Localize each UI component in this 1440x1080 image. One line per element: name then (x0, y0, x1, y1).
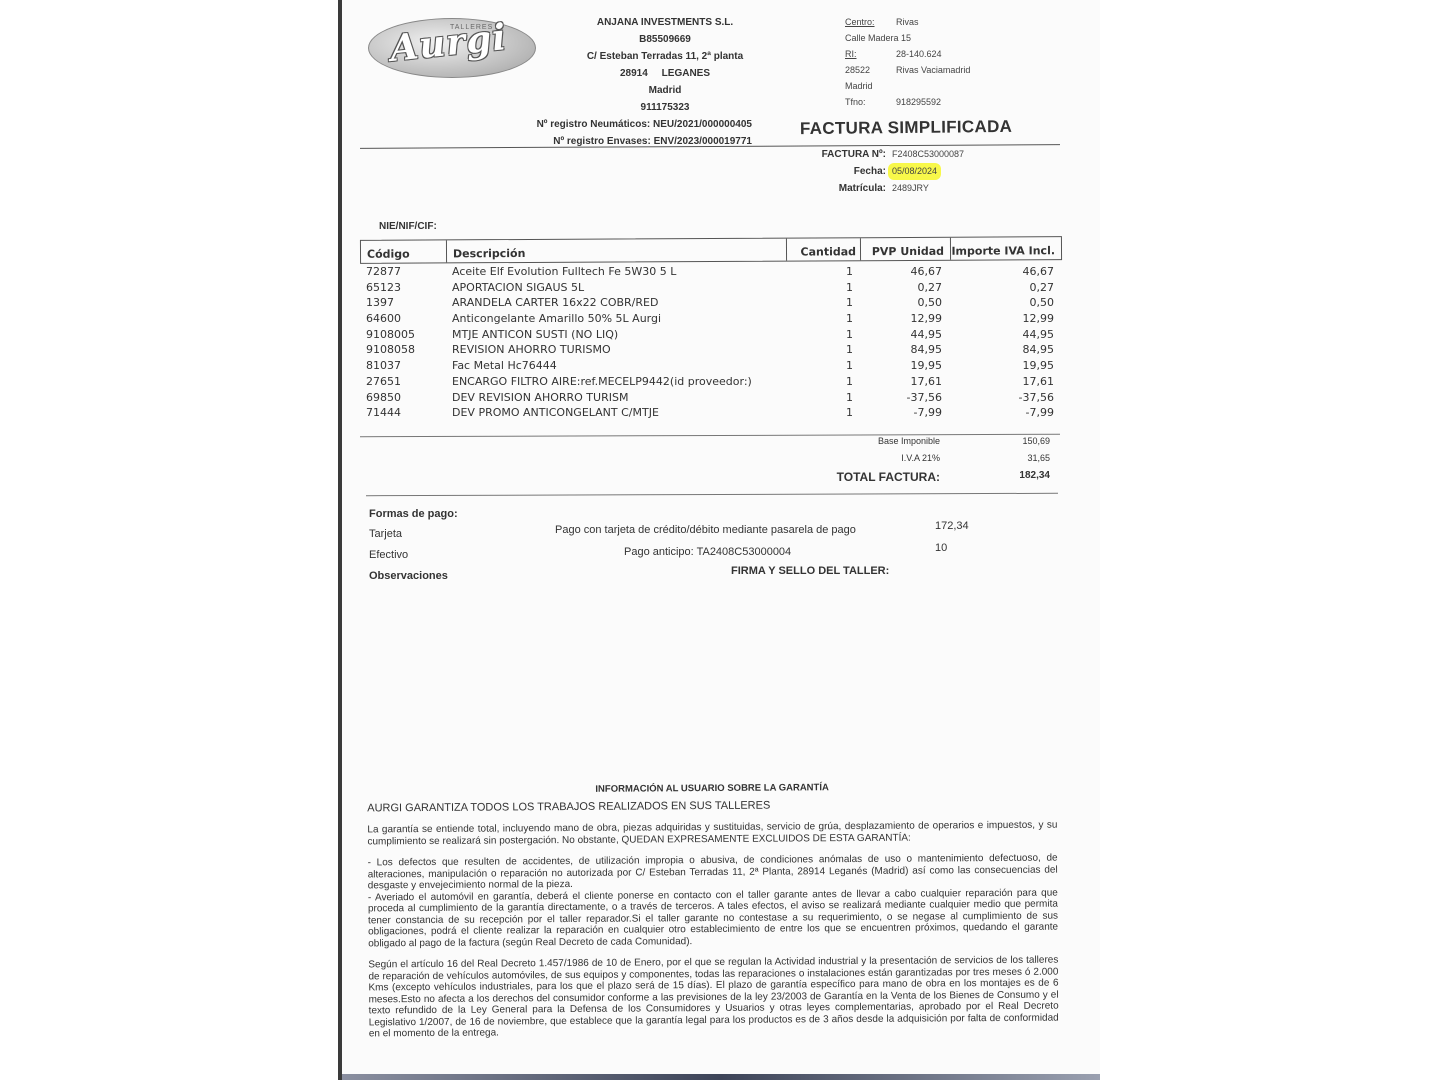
centro-province: Madrid (845, 78, 873, 94)
payment-method-card: Tarjeta (369, 528, 402, 540)
row-description: DEV REVISION AHORRO TURISM (452, 391, 628, 404)
center-info: Centro:Rivas Calle Madera 15 RI:28-140.6… (845, 14, 970, 110)
row-unit-price: 84,95 (862, 343, 942, 356)
row-code: 27651 (366, 375, 401, 388)
total-label: TOTAL FACTURA: (837, 470, 940, 484)
row-quantity: 1 (846, 296, 853, 309)
company-address: C/ Esteban Terradas 11, 2ª planta (520, 48, 810, 65)
row-amount: 19,95 (966, 359, 1054, 372)
payment-heading: Formas de pago: (369, 508, 458, 520)
row-description: APORTACION SIGAUS 5L (452, 281, 584, 294)
row-quantity: 1 (846, 265, 853, 278)
row-unit-price: 46,67 (862, 265, 942, 278)
header-quantity: Cantidad (787, 238, 861, 260)
payment-detail-card: Pago con tarjeta de crédito/débito media… (555, 524, 856, 536)
company-info: ANJANA INVESTMENTS S.L. B85509669 C/ Est… (520, 14, 810, 116)
warranty-subheading: AURGI GARANTIZA TODOS LOS TRABAJOS REALI… (367, 798, 1057, 814)
table-row: 69850DEV REVISION AHORRO TURISM1-37,56-3… (366, 391, 1066, 407)
row-unit-price: 12,99 (862, 312, 942, 325)
centro-value: Rivas (896, 14, 919, 30)
row-unit-price: -7,99 (862, 406, 942, 419)
payment-amount-cash: 10 (935, 542, 947, 554)
row-code: 1397 (366, 296, 394, 309)
row-amount: 0,27 (966, 281, 1054, 294)
table-row: 1397ARANDELA CARTER 16x22 COBR/RED10,500… (366, 296, 1066, 312)
table-row: 9108058REVISION AHORRO TURISMO184,9584,9… (366, 343, 1066, 359)
row-amount: 12,99 (966, 312, 1054, 325)
row-description: ENCARGO FILTRO AIRE:ref.MECELP9442(id pr… (452, 375, 752, 388)
row-code: 81037 (366, 359, 401, 372)
warranty-paragraph-1: La garantía se entiende total, incluyend… (367, 820, 1057, 848)
centro-street: Calle Madera 15 (845, 30, 911, 46)
iva-label: I.V.A 21% (901, 453, 940, 463)
table-row: 27651ENCARGO FILTRO AIRE:ref.MECELP9442(… (366, 375, 1066, 391)
signature-label: FIRMA Y SELLO DEL TALLER: (731, 565, 889, 577)
centro-city: Rivas Vaciamadrid (896, 62, 970, 78)
row-code: 64600 (366, 312, 401, 325)
row-quantity: 1 (846, 281, 853, 294)
row-quantity: 1 (846, 359, 853, 372)
ri-label: RI: (845, 46, 896, 62)
row-amount: 17,61 (966, 375, 1054, 388)
row-amount: -7,99 (966, 406, 1054, 419)
ri-value: 28-140.624 (896, 46, 942, 62)
centro-postal-code: 28522 (845, 62, 896, 78)
row-quantity: 1 (846, 343, 853, 356)
centro-label: Centro: (845, 14, 896, 30)
company-name: ANJANA INVESTMENTS S.L. (520, 14, 810, 31)
items-table-header: Código Descripción Cantidad PVP Unidad I… (360, 236, 1062, 264)
row-description: REVISION AHORRO TURISMO (452, 343, 611, 356)
background-strip (342, 1074, 1100, 1080)
payment-amount-card: 172,34 (935, 520, 969, 532)
row-code: 9108058 (366, 343, 415, 356)
items-table-body: 72877Aceite Elf Evolution Fulltech Fe 5W… (366, 265, 1066, 422)
phone-label: Tfno: (845, 94, 896, 110)
table-row: 81037Fac Metal Hc76444119,9519,95 (366, 359, 1066, 375)
invoice-title: FACTURA SIMPLIFICADA (800, 117, 1012, 139)
table-row: 9108005MTJE ANTICON SUSTI (NO LIQ)144,95… (366, 328, 1066, 344)
row-description: MTJE ANTICON SUSTI (NO LIQ) (452, 328, 618, 341)
table-row: 71444DEV PROMO ANTICONGELANT C/MTJE1-7,9… (366, 406, 1066, 422)
payment-method-cash: Efectivo (369, 549, 408, 561)
table-row: 72877Aceite Elf Evolution Fulltech Fe 5W… (366, 265, 1066, 281)
row-unit-price: 0,50 (862, 296, 942, 309)
row-code: 71444 (366, 406, 401, 419)
row-description: Anticongelante Amarillo 50% 5L Aurgi (452, 312, 661, 325)
base-label: Base Imponible (878, 436, 940, 446)
row-description: DEV PROMO ANTICONGELANT C/MTJE (452, 406, 659, 419)
iva-value: 31,65 (1027, 453, 1050, 463)
company-cif: B85509669 (520, 31, 810, 48)
table-row: 65123APORTACION SIGAUS 5L10,270,27 (366, 281, 1066, 297)
row-amount: 46,67 (966, 265, 1054, 278)
plate-label: Matrícula: (780, 180, 892, 197)
invoice-date-value: 05/08/2024 (888, 163, 941, 180)
invoice-meta: FACTURA Nº:F2408C53000087 Fecha:05/08/20… (780, 146, 964, 197)
row-unit-price: 19,95 (862, 359, 942, 372)
row-quantity: 1 (846, 375, 853, 388)
company-phone: 911175323 (520, 99, 810, 116)
row-unit-price: 17,61 (862, 375, 942, 388)
row-description: Fac Metal Hc76444 (452, 359, 557, 372)
observations-label: Observaciones (369, 570, 448, 582)
row-unit-price: -37,56 (862, 391, 942, 404)
warranty-info: INFORMACIÓN AL USUARIO SOBRE LA GARANTÍA… (367, 781, 1059, 1050)
row-amount: 84,95 (966, 343, 1054, 356)
header-description: Descripción (447, 239, 787, 263)
row-quantity: 1 (846, 328, 853, 341)
row-code: 72877 (366, 265, 401, 278)
plate-value: 2489JRY (892, 180, 929, 197)
totals: Base Imponible150,69 I.V.A 21%31,65 TOTA… (800, 436, 1050, 487)
registro-neumaticos: Nº registro Neumáticos: NEU/2021/0000004… (470, 116, 752, 133)
row-amount: 0,50 (966, 296, 1054, 309)
invoice-date-label: Fecha: (780, 163, 892, 180)
header-unit-price: PVP Unidad (861, 238, 951, 260)
header-amount: Importe IVA Incl. (951, 237, 1061, 260)
nif-label: NIE/NIF/CIF: (379, 221, 437, 232)
table-row: 64600Anticongelante Amarillo 50% 5L Aurg… (366, 312, 1066, 328)
phone-value: 918295592 (896, 94, 941, 110)
row-unit-price: 0,27 (862, 281, 942, 294)
payment-detail-cash: Pago anticipo: TA2408C53000004 (624, 546, 791, 558)
row-description: Aceite Elf Evolution Fulltech Fe 5W30 5 … (452, 265, 676, 278)
row-code: 69850 (366, 391, 401, 404)
warranty-paragraph-3: - Averiado el automóvil en garantía, deb… (368, 887, 1058, 949)
invoice-number-label: FACTURA Nº: (780, 146, 892, 163)
warranty-paragraph-4: Según el artículo 16 del Real Decreto 1.… (368, 955, 1059, 1040)
row-quantity: 1 (846, 391, 853, 404)
total-value: 182,34 (1019, 470, 1050, 481)
row-unit-price: 44,95 (862, 328, 942, 341)
row-amount: 44,95 (966, 328, 1054, 341)
company-province: Madrid (520, 82, 810, 99)
row-description: ARANDELA CARTER 16x22 COBR/RED (452, 296, 658, 309)
base-value: 150,69 (1022, 436, 1050, 446)
row-quantity: 1 (846, 406, 853, 419)
warranty-paragraph-2: - Los defectos que resulten de accidente… (368, 853, 1058, 892)
row-code: 9108005 (366, 328, 415, 341)
row-quantity: 1 (846, 312, 853, 325)
row-code: 65123 (366, 281, 401, 294)
registrations: Nº registro Neumáticos: NEU/2021/0000004… (470, 116, 752, 150)
row-amount: -37,56 (966, 391, 1054, 404)
header-code: Código (361, 240, 447, 262)
invoice-number-value: F2408C53000087 (892, 146, 964, 163)
company-postal-city: 28914 LEGANES (520, 65, 810, 82)
